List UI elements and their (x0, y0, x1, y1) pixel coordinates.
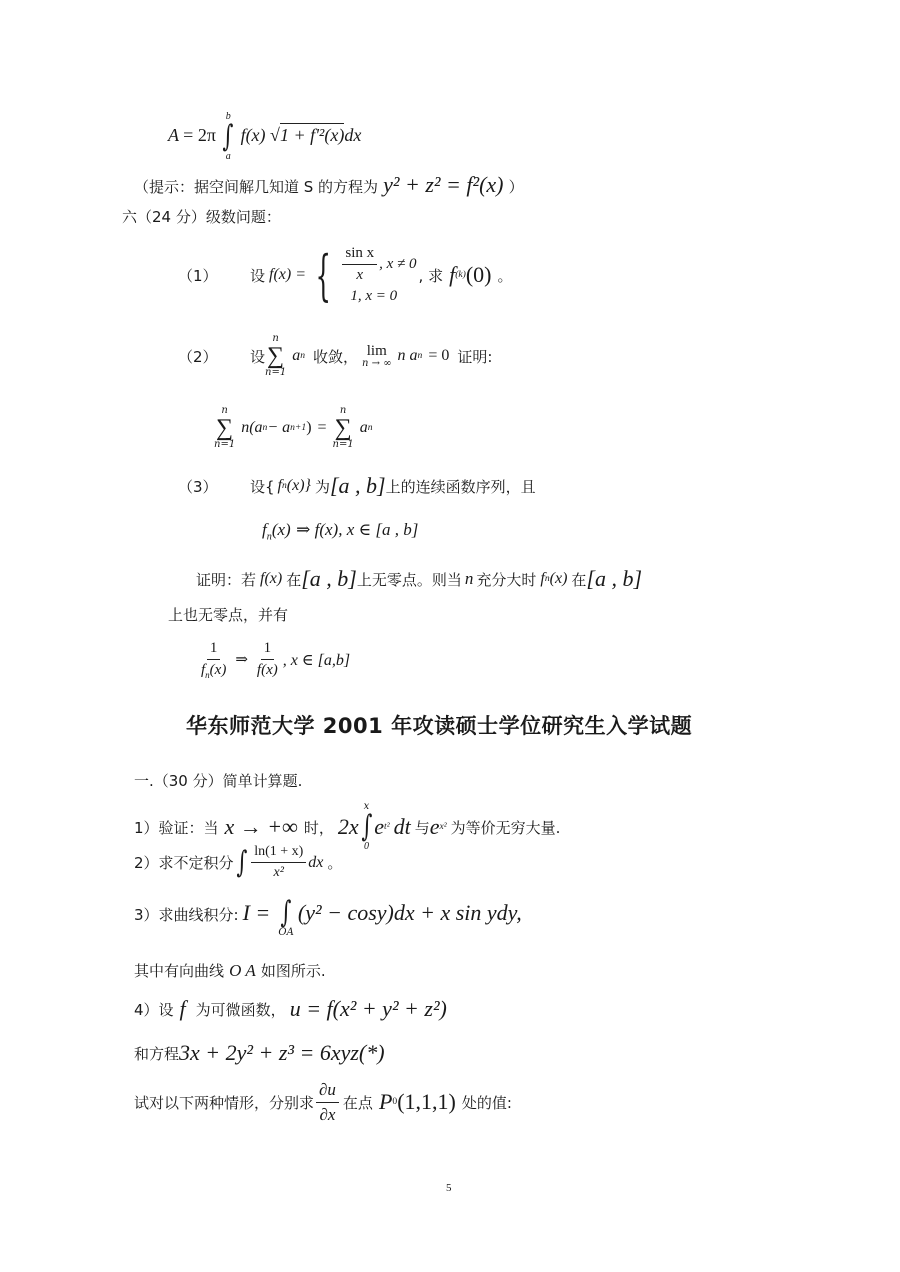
sum-term: a (292, 347, 300, 365)
sum-lower: n=1 (265, 368, 286, 378)
q-text: 1）验证：当 (134, 817, 219, 838)
q-text: 2）求不定积分 (134, 852, 234, 873)
lim-word: lim (367, 344, 387, 359)
ask-mid: 在点 (343, 1092, 373, 1113)
integral-sign: x ∫ 0 (359, 802, 375, 852)
lhs-fraction: 1 fn(x) (198, 640, 229, 680)
differential: dt (394, 814, 411, 840)
ask-text: 试对以下两种情形，分别求 (134, 1092, 314, 1113)
sum-sign: n ∑ n=1 (214, 406, 235, 450)
deriv-den: ∂x (316, 1103, 338, 1125)
integral-sign: b ∫ a (220, 112, 236, 162)
lim-rhs: = 0 (428, 347, 449, 365)
point-coords: (1,1,1) (397, 1089, 456, 1115)
proof-text-2: 在 (286, 569, 301, 590)
note-end: 如图所示. (261, 962, 326, 980)
limit-cond: x → +∞ (225, 814, 298, 840)
eq-prefix: 和方程 (134, 1043, 179, 1064)
q-end: 。 (498, 265, 513, 286)
identity-lhs: n(a (241, 419, 262, 437)
proof-text-4: 充分大时 (476, 569, 536, 590)
q-end: 。 (327, 852, 342, 873)
partial-derivative: ∂u ∂x (316, 1080, 339, 1124)
ask-end: 处的值: (462, 1092, 512, 1113)
sum-sign: n ∑ n=1 (333, 406, 354, 450)
q-label: （3） (178, 476, 250, 497)
line-integral-sign: ∫ OA (278, 898, 294, 938)
q-mid: 为可微函数， (196, 999, 286, 1020)
point-name: P (379, 1089, 392, 1115)
curve-name: O A (229, 961, 256, 980)
s1-q4-equation: 和方程 3x + 2y² + z³ = 6xyz(*) (134, 1040, 385, 1066)
hint-text: （提示：据空间解几知道 S 的方程为 (134, 178, 378, 196)
proof-fx: f(x) (260, 570, 282, 588)
integrand: e (374, 814, 384, 840)
q-text: 4）设 (134, 999, 174, 1020)
case-brace: { (315, 244, 330, 307)
q-end: 上的连续函数序列，且 (386, 476, 536, 497)
s1-q3-note: 其中有向曲线 O A 如图所示. (134, 960, 326, 981)
exam-title: 华东师范大学 2001 年攻读硕士学位研究生入学试题 (186, 710, 692, 740)
frac-den-arg: (x) (210, 662, 227, 678)
s6-q3-proof-cont: 上也无零点，并有 (168, 604, 288, 625)
s1-q4-ask: 试对以下两种情形，分别求 ∂u ∂x 在点 P0 (1,1,1) 处的值: (134, 1080, 512, 1124)
page-number: 5 (446, 1182, 452, 1194)
rhs-fraction: 1 f(x) (254, 640, 281, 680)
s6-q3-convergence: fn(x) ⇒ f(x), x ∈ [a , b] (262, 520, 418, 540)
differential: dx (344, 125, 361, 145)
frac-num: 1 (207, 640, 221, 660)
s6-q2-identity: n ∑ n=1 n(an − an+1) = n ∑ n=1 an (214, 406, 373, 450)
function-f: f (180, 996, 186, 1022)
note-text: 其中有向曲线 (134, 962, 224, 980)
q-label: （1） (178, 265, 250, 286)
frac-num: 1 (261, 640, 275, 660)
sum-lower: n=1 (214, 440, 235, 450)
integrand-fraction: ln(1 + x) x² (251, 844, 306, 881)
q-text: 3）求曲线积分: (134, 904, 239, 925)
integrand: f(x) (241, 125, 266, 145)
proof-text-5: 在 (571, 569, 586, 590)
uniform-arrow: ⇒ (235, 650, 248, 669)
case1-num: sin x (342, 245, 377, 265)
s6-q3: （3） 设{ fn(x)} 为 [a , b] 上的连续函数序列，且 (178, 473, 536, 499)
q-label: （2） (178, 346, 250, 367)
deriv-num: ∂u (316, 1080, 339, 1103)
q-mid: 收敛， (313, 346, 358, 367)
q-text: 设 (250, 265, 265, 286)
q-end: 为等价无穷大量. (451, 817, 561, 838)
convergence-expr: ⇒ f(x), x ∈ [a , b] (296, 520, 418, 539)
q-mid: 时， (304, 817, 334, 838)
sqrt-content: 1 + f'²(x) (280, 123, 344, 145)
s1-q3: 3）求曲线积分: I = ∫ OA (y² − cosy)dx + x sin … (134, 898, 522, 938)
proof-text-1: 证明：若 (196, 569, 256, 590)
case1-den: x (353, 265, 366, 284)
case1-cond: , x ≠ 0 (379, 256, 416, 273)
u-def: u = f(x² + y² + z²) (290, 996, 447, 1022)
hint-line: （提示：据空间解几知道 S 的方程为 y² + z² = f²(x) ） (134, 172, 524, 198)
identity-mid: − a (267, 419, 290, 437)
formula-coef: 2π (198, 125, 216, 145)
sum-sign: n ∑ n=1 (265, 334, 286, 378)
proof-text-3: 上无零点。则当 (357, 569, 462, 590)
lim-expr: n a (398, 347, 418, 365)
integral-lhs: I = (243, 900, 271, 926)
final-tail: , x ∈ [a,b] (283, 650, 350, 670)
sum-lower: n=1 (333, 440, 354, 450)
identity-eq: = (318, 419, 327, 437)
interval: [a , b] (586, 566, 642, 592)
formula-lhs: A (168, 125, 179, 145)
proof-n: n (465, 569, 474, 589)
s1-q2: 2）求不定积分 ∫ ln(1 + x) x² dx 。 (134, 844, 342, 881)
coef: 2x (338, 814, 359, 840)
differential: dx (308, 854, 323, 872)
interval: [a , b] (330, 473, 386, 499)
integrand-expr: (y² − cosy)dx + x sin ydy, (298, 900, 522, 926)
q-end: 证明: (457, 346, 492, 367)
section-1-heading: 一.（30 分）简单计算题. (134, 770, 302, 791)
frac-num: ln(1 + x) (251, 844, 306, 863)
hint-formula: y² + z² = f²(x) (383, 172, 503, 197)
q-mid: 为 (315, 476, 330, 497)
identity-rhs-term: a (360, 419, 368, 437)
s6-q2: （2） 设 n ∑ n=1 an 收敛， lim n → ∞ n an = 0 … (178, 334, 492, 378)
function-def: f(x) = (269, 266, 306, 284)
lim-sub: n → ∞ (362, 359, 392, 369)
q-text: 设 (250, 346, 265, 367)
frac-den: f(x) (254, 660, 281, 679)
cases: sin x x , x ≠ 0 1, x = 0 (340, 245, 416, 306)
and-word: 与 (415, 817, 430, 838)
case1-fraction: sin x x (342, 245, 377, 285)
seq-arg: (x)} (287, 477, 311, 495)
section-6-heading: 六（24 分）级数问题： (122, 206, 281, 227)
target-arg: (0) (466, 262, 492, 288)
interval: [a , b] (301, 566, 357, 592)
q-text: 设{ (250, 476, 275, 497)
case2: 1, x = 0 (350, 288, 416, 305)
area-formula: A = 2π b ∫ a f(x) √1 + f'²(x)dx (168, 112, 361, 162)
limit: lim n → ∞ (362, 344, 392, 369)
s6-q3-proof: 证明：若 f(x) 在 [a , b] 上无零点。则当 n 充分大时 fn(x)… (196, 566, 642, 592)
s1-q4: 4）设 f 为可微函数， u = f(x² + y² + z²) (134, 996, 447, 1022)
s6-q1: （1） 设 f(x) = { sin x x , x ≠ 0 1, x = 0 … (178, 240, 513, 310)
frac-den: x² (271, 863, 287, 881)
hint-close: ） (509, 178, 524, 196)
q-ask: , 求 (419, 265, 444, 286)
s6-q3-final: 1 fn(x) ⇒ 1 f(x) , x ∈ [a,b] (196, 640, 350, 680)
equation: 3x + 2y² + z³ = 6xyz(*) (179, 1040, 385, 1066)
